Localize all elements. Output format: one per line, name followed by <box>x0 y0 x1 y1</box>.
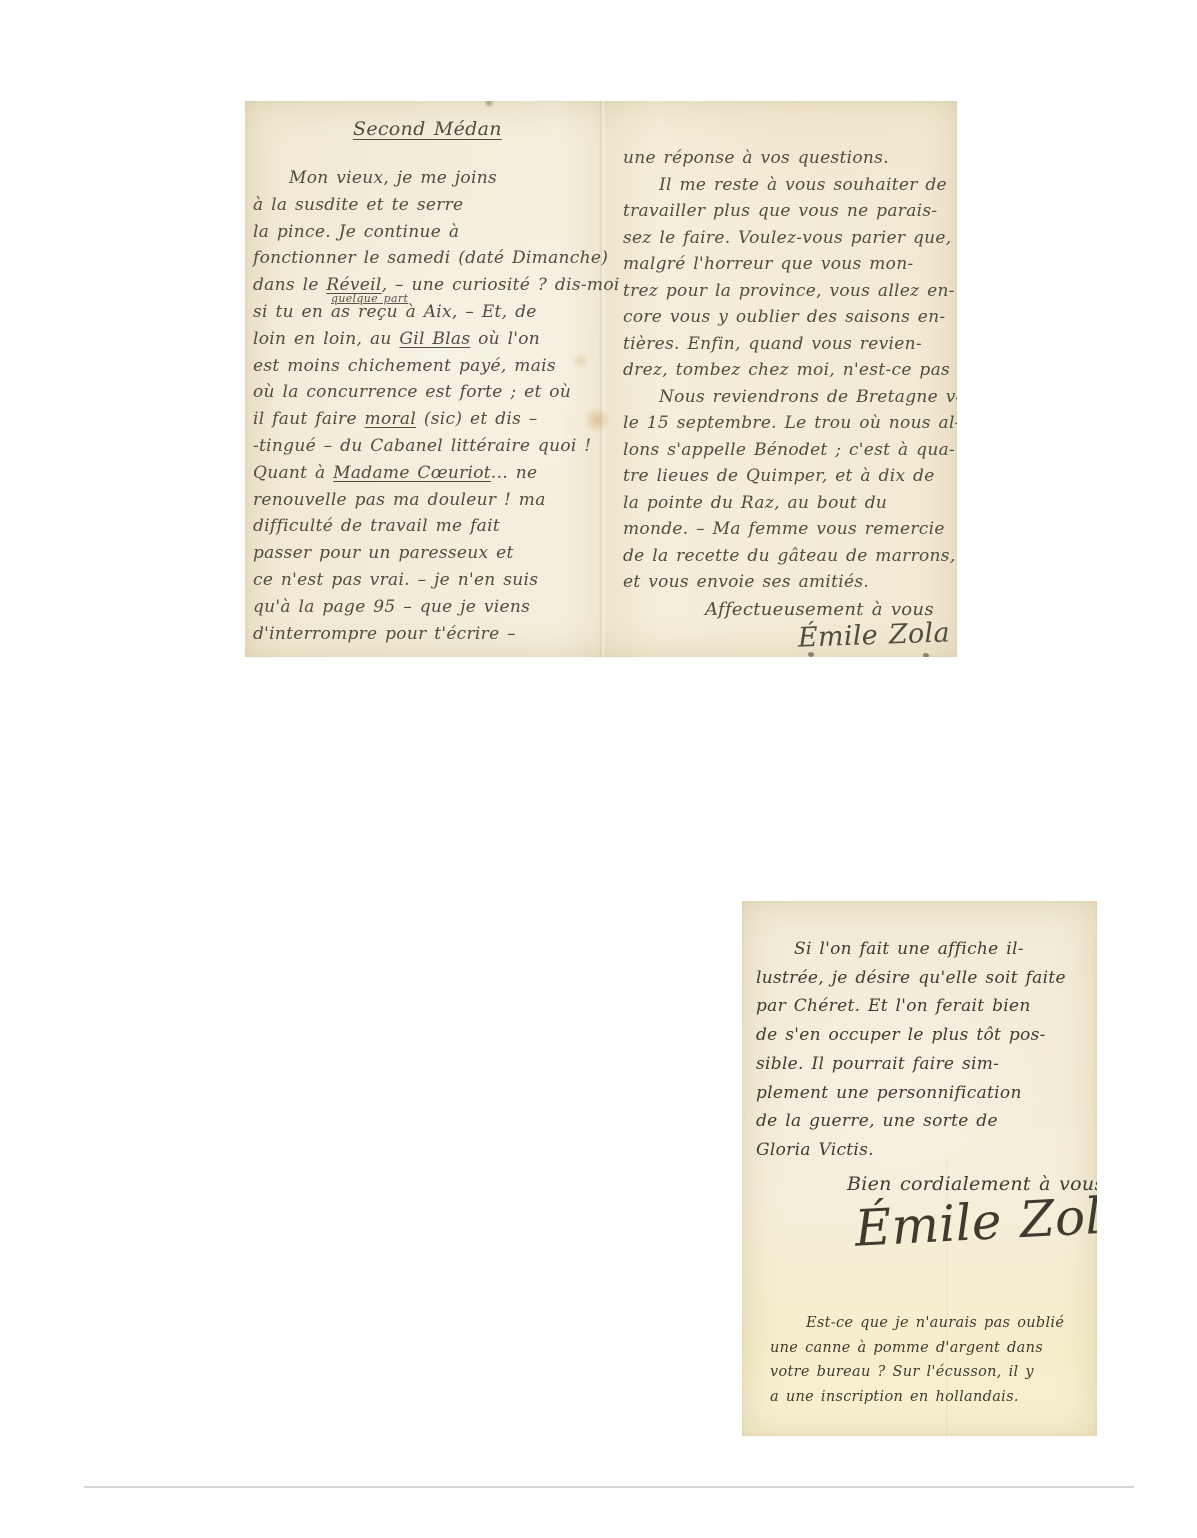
handwritten-line: il faut faire moral (sic) et dis – <box>253 406 605 433</box>
letter1-right-page-body: une réponse à vos questions.Il me reste … <box>623 145 955 596</box>
handwritten-line: dans le Réveil, – une curiosité ? dis-mo… <box>253 272 605 299</box>
letter1-left-page: Second Médan Mon vieux, je me joinsà la … <box>253 117 605 647</box>
handwritten-line: de la recette du gâteau de marrons, <box>623 543 955 570</box>
handwritten-line: fonctionner le samedi (daté Dimanche) <box>253 245 605 272</box>
letter1-signature: Émile Zola <box>623 616 956 657</box>
handwritten-line: d'interrompre pour t'écrire – <box>253 621 605 648</box>
handwritten-line: drez, tombez chez moi, n'est-ce pas ? <box>623 357 955 384</box>
letter1-interlinear-insertion: quelque part <box>331 293 408 304</box>
handwritten-line: lons s'appelle Bénodet ; c'est à qua- <box>623 437 955 464</box>
handwritten-line: de s'en occuper le plus tôt pos- <box>756 1021 1090 1050</box>
handwritten-line: -tingué – du Cabanel littéraire quoi ! <box>253 433 605 460</box>
handwritten-line: la pointe du Raz, au bout du <box>623 490 955 517</box>
handwritten-line: ce n'est pas vrai. – je n'en suis <box>253 567 605 594</box>
handwritten-line: Gloria Victis. <box>756 1136 1090 1165</box>
handwritten-line: tières. Enfin, quand vous revien- <box>623 331 955 358</box>
letter1-left-page-body: Mon vieux, je me joinsà la susdite et te… <box>253 165 605 647</box>
handwritten-line: sible. Il pourrait faire sim- <box>756 1050 1090 1079</box>
handwritten-line: le 15 septembre. Le trou où nous al- <box>623 410 955 437</box>
handwritten-line: travailler plus que vous ne parais- <box>623 198 955 225</box>
letter1-manuscript: Second Médan Mon vieux, je me joinsà la … <box>245 101 957 657</box>
handwritten-line: si tu en as reçu à Aix, – Et, de <box>253 299 605 326</box>
handwritten-line: et vous envoie ses amitiés. <box>623 569 955 596</box>
handwritten-line: renouvelle pas ma douleur ! ma <box>253 487 605 514</box>
handwritten-line: lustrée, je désire qu'elle soit faite <box>756 964 1090 993</box>
letter2-manuscript: Si l'on fait une affiche il-lustrée, je … <box>742 901 1097 1436</box>
handwritten-line: Mon vieux, je me joins <box>253 165 605 192</box>
handwritten-line: a une inscription en hollandais. <box>770 1385 1092 1410</box>
handwritten-line: passer pour un paresseux et <box>253 540 605 567</box>
handwritten-line: Si l'on fait une affiche il- <box>756 935 1090 964</box>
handwritten-line: loin en loin, au Gil Blas où l'on <box>253 326 605 353</box>
letter2-body-lines: Si l'on fait une affiche il-lustrée, je … <box>756 935 1090 1165</box>
handwritten-line: est moins chichement payé, mais <box>253 353 605 380</box>
letter1-right-page: une réponse à vos questions.Il me reste … <box>623 145 955 655</box>
handwritten-line: Quant à Madame Cœuriot... ne <box>253 460 605 487</box>
handwritten-line: monde. – Ma femme vous remercie <box>623 516 955 543</box>
handwritten-line: à la susdite et te serre <box>253 192 605 219</box>
handwritten-line: trez pour la province, vous allez en- <box>623 278 955 305</box>
handwritten-line: sez le faire. Voulez-vous parier que, <box>623 225 955 252</box>
letter2-signature: Émile Zola <box>754 1184 1091 1265</box>
handwritten-line: plement une personnification <box>756 1079 1090 1108</box>
handwritten-line: une réponse à vos questions. <box>623 145 955 172</box>
bottom-divider-line <box>84 1486 1134 1488</box>
letter1-title: Second Médan <box>353 117 605 141</box>
handwritten-line: tre lieues de Quimper, et à dix de <box>623 463 955 490</box>
handwritten-line: où la concurrence est forte ; et où <box>253 379 605 406</box>
letter2-body: Si l'on fait une affiche il-lustrée, je … <box>756 935 1090 1266</box>
stain-spot <box>483 101 495 107</box>
handwritten-line: Nous reviendrons de Bretagne vers <box>623 384 955 411</box>
handwritten-line: qu'à la page 95 – que je viens <box>253 594 605 621</box>
handwritten-line: la pince. Je continue à <box>253 219 605 246</box>
handwritten-line: de la guerre, une sorte de <box>756 1107 1090 1136</box>
handwritten-line: par Chéret. Et l'on ferait bien <box>756 992 1090 1021</box>
handwritten-line: une canne à pomme d'argent dans <box>770 1336 1092 1361</box>
handwritten-line: votre bureau ? Sur l'écusson, il y <box>770 1360 1092 1385</box>
handwritten-line: Est-ce que je n'aurais pas oublié <box>770 1311 1092 1336</box>
letter2-postscript: Est-ce que je n'aurais pas oubliéune can… <box>770 1311 1092 1409</box>
handwritten-line: Il me reste à vous souhaiter de <box>623 172 955 199</box>
handwritten-line: malgré l'horreur que vous mon- <box>623 251 955 278</box>
handwritten-line: core vous y oublier des saisons en- <box>623 304 955 331</box>
handwritten-line: difficulté de travail me fait <box>253 513 605 540</box>
